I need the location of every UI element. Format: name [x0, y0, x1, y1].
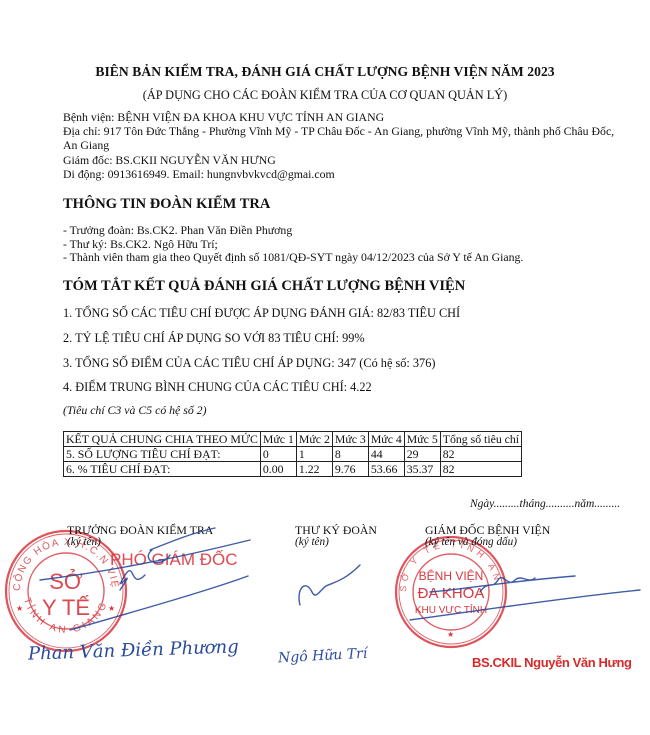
- summary-section-heading: TÓM TẮT KẾT QUẢ ĐÁNH GIÁ CHẤT LƯỢNG BỆNH…: [63, 278, 465, 295]
- table-cell: 82: [440, 447, 521, 462]
- hospital-director: Giám đốc: BS.CKII NGUYỄN VĂN HƯNG: [63, 153, 623, 167]
- hospital-name: Bệnh viện: BỆNH VIỆN ĐA KHOA KHU VỰC TỈN…: [63, 110, 623, 124]
- table-row: 5. SỐ LƯỢNG TIÊU CHÍ ĐẠT: 0 1 8 44 29 82: [64, 447, 522, 462]
- table-header: KẾT QUẢ CHUNG CHIA THEO MỨC: [64, 432, 261, 447]
- date-line: Ngày.........tháng..........năm.........: [470, 498, 620, 510]
- summary-item: 2. TỶ LỆ TIÊU CHÍ ÁP DỤNG SO VỚI 83 TIÊU…: [63, 331, 365, 346]
- table-cell: 44: [368, 447, 404, 462]
- table-cell: 6. % TIÊU CHÍ ĐẠT:: [64, 462, 261, 477]
- table-header: Mức 4: [368, 432, 404, 447]
- team-members-list: - Trưởng đoàn: Bs.CK2. Phan Văn Điền Phư…: [63, 224, 523, 265]
- director-printed-name: BS.CKIL Nguyễn Văn Hưng: [472, 655, 632, 670]
- table-header: Mức 1: [260, 432, 296, 447]
- team-member: - Thư ký: Bs.CK2. Ngô Hữu Trí;: [63, 238, 523, 252]
- hospital-address-cont: An Giang: [63, 138, 623, 152]
- table-cell: 9.76: [332, 462, 368, 477]
- table-header: Mức 2: [296, 432, 332, 447]
- table-cell: 5. SỐ LƯỢNG TIÊU CHÍ ĐẠT:: [64, 447, 261, 462]
- team-section-heading: THÔNG TIN ĐOÀN KIỂM TRA: [63, 196, 270, 213]
- table-cell: 0.00: [260, 462, 296, 477]
- table-cell: 8: [332, 447, 368, 462]
- results-table: KẾT QUẢ CHUNG CHIA THEO MỨC Mức 1 Mức 2 …: [63, 431, 522, 477]
- table-cell: 53.66: [368, 462, 404, 477]
- team-member: - Trưởng đoàn: Bs.CK2. Phan Văn Điền Phư…: [63, 224, 523, 238]
- document-subtitle: (ÁP DỤNG CHO CÁC ĐOÀN KIỂM TRA CỦA CƠ QU…: [0, 88, 650, 103]
- table-row: 6. % TIÊU CHÍ ĐẠT: 0.00 1.22 9.76 53.66 …: [64, 462, 522, 477]
- summary-item: 1. TỔNG SỐ CÁC TIÊU CHÍ ĐƯỢC ÁP DỤNG ĐÁN…: [63, 306, 460, 321]
- table-cell: 29: [404, 447, 440, 462]
- table-cell: 1: [296, 447, 332, 462]
- hospital-contact: Di động: 0913616949. Email: hungnvbvkvcd…: [63, 167, 623, 181]
- coefficient-note: (Tiêu chí C3 và C5 có hệ số 2): [63, 403, 207, 418]
- summary-item: 4. ĐIỂM TRUNG BÌNH CHUNG CỦA CÁC TIÊU CH…: [63, 380, 372, 395]
- table-cell: 82: [440, 462, 521, 477]
- hospital-address: Địa chỉ: 917 Tôn Đức Thắng - Phường Vĩnh…: [63, 124, 623, 138]
- table-cell: 1.22: [296, 462, 332, 477]
- table-header: Mức 5: [404, 432, 440, 447]
- document-title: BIÊN BẢN KIỂM TRA, ĐÁNH GIÁ CHẤT LƯỢNG B…: [0, 64, 650, 80]
- table-header-row: KẾT QUẢ CHUNG CHIA THEO MỨC Mức 1 Mức 2 …: [64, 432, 522, 447]
- team-member: - Thành viên tham gia theo Quyết định số…: [63, 251, 523, 265]
- table-cell: 35.37: [404, 462, 440, 477]
- summary-item: 3. TỔNG SỐ ĐIỂM CỦA CÁC TIÊU CHÍ ÁP DỤNG…: [63, 356, 435, 371]
- hospital-info: Bệnh viện: BỆNH VIỆN ĐA KHOA KHU VỰC TỈN…: [63, 110, 623, 181]
- table-cell: 0: [260, 447, 296, 462]
- table-header: Tổng số tiêu chí: [440, 432, 521, 447]
- table-header: Mức 3: [332, 432, 368, 447]
